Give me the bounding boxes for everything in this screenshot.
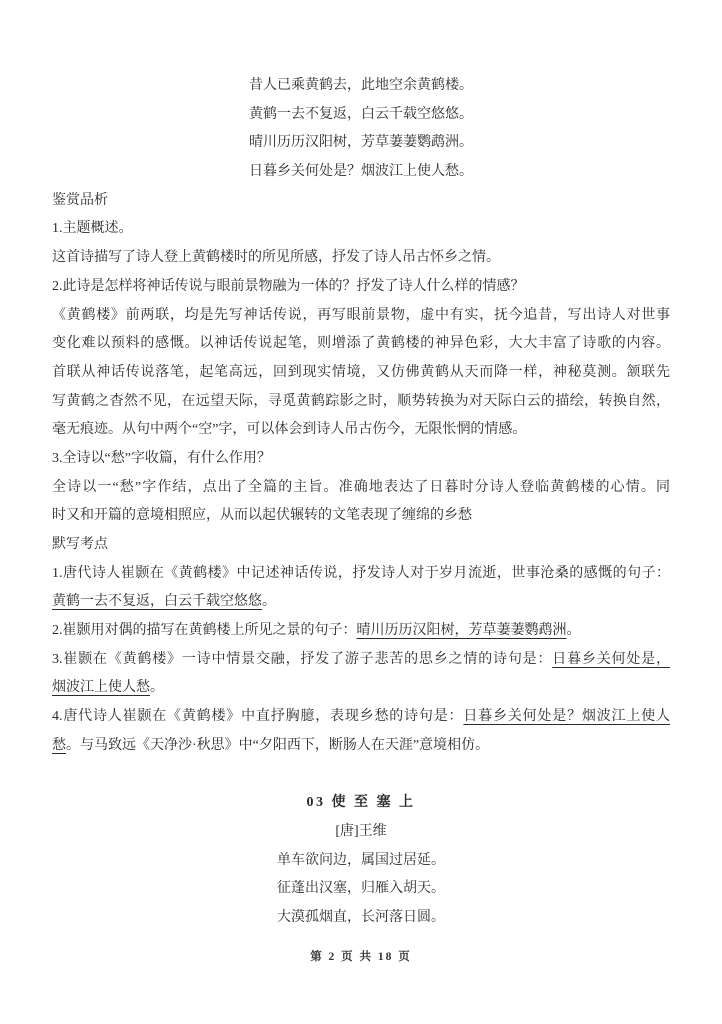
dictation-item-2-period: 。 [567, 623, 581, 638]
dictation-item-4-line-2: 愁。与马致远《天净沙·秋思》中“夕阳西下，断肠人在天涯”意境相仿。 [52, 732, 670, 761]
document-body: 昔人已乘黄鹤去，此地空余黄鹤楼。 黄鹤一去不复返，白云千载空悠悠。 晴川历历汉阳… [52, 72, 670, 933]
question-2: 2.此诗是怎样将神话传说与眼前景物融为一体的？抒发了诗人什么样的情感？ [52, 273, 670, 302]
dictation-item-3-period: 。 [150, 680, 164, 695]
document-page: 昔人已乘黄鹤去，此地空余黄鹤楼。 黄鹤一去不复返，白云千载空悠悠。 晴川历历汉阳… [0, 0, 722, 1024]
question-1: 1.主题概述。 [52, 215, 670, 244]
dictation-item-3-prompt: 3.崔颢在《黄鹤楼》一诗中情景交融，抒发了游子悲苦的思乡之情的诗句是： [52, 652, 552, 667]
dictation-item-3-line-1: 3.崔颢在《黄鹤楼》一诗中情景交融，抒发了游子悲苦的思乡之情的诗句是：日暮乡关何… [52, 646, 670, 675]
dictation-item-2: 2.崔颢用对偶的描写在黄鹤楼上所见之景的句子：晴川历历汉阳树，芳草萋萋鹦鹉洲。 [52, 617, 670, 646]
dictation-item-3-line-2: 烟波江上使人愁。 [52, 674, 670, 703]
dictation-item-1-line-1: 1.唐代诗人崔颢在《黄鹤楼》中记述神话传说，抒发诗人对于岁月流逝，世事沧桑的感慨… [52, 560, 670, 589]
answer-2-line-5: 毫无痕迹。从句中两个“空”字，可以体会到诗人吊古伤今，无限怅惘的情感。 [52, 416, 670, 445]
dictation-item-1-period: 。 [262, 594, 276, 609]
answer-3-line-1: 全诗以一“愁”字作结，点出了全篇的主旨。准确地表达了日暮时分诗人登临黄鹤楼的心情… [52, 474, 670, 503]
poem-huanghelou-line-1: 昔人已乘黄鹤去，此地空余黄鹤楼。 [52, 72, 670, 101]
poem-shizhisaishang-line-1: 单车欲问边，属国过居延。 [52, 847, 670, 876]
dictation-heading: 默写考点 [52, 531, 670, 560]
dictation-item-1-line-2: 黄鹤一去不复返，白云千载空悠悠。 [52, 588, 670, 617]
dictation-item-4-line-1: 4.唐代诗人崔颢在《黄鹤楼》中直抒胸臆，表现乡愁的诗句是：日暮乡关何处是？烟波江… [52, 703, 670, 732]
dictation-item-3-answer-part-2: 烟波江上使人愁 [52, 680, 150, 695]
answer-3-line-2: 时又和开篇的意境相照应，从而以起伏辗转的文笔表现了缠绵的乡愁 [52, 502, 670, 531]
appreciation-heading: 鉴赏品析 [52, 187, 670, 216]
dictation-item-1-answer: 黄鹤一去不复返，白云千载空悠悠 [52, 594, 262, 609]
poem-shizhisaishang-line-2: 征蓬出汉塞，归雁入胡天。 [52, 875, 670, 904]
poem-shizhisaishang-line-3: 大漠孤烟直，长河落日圆。 [52, 904, 670, 933]
answer-2-line-3: 首联从神话传说落笔，起笔高远，回到现实情境，又仿佛黄鹤从天而降一样，神秘莫测。颔… [52, 359, 670, 388]
poem-shizhisaishang-title: 03 使 至 塞 上 [52, 789, 670, 818]
poem-huanghelou-line-4: 日暮乡关何处是？烟波江上使人愁。 [52, 158, 670, 187]
blank-line [52, 761, 670, 790]
answer-1: 这首诗描写了诗人登上黄鹤楼时的所见所感，抒发了诗人吊古怀乡之情。 [52, 244, 670, 273]
dictation-item-4-answer-part-2: 愁 [52, 738, 66, 753]
dictation-item-2-answer: 晴川历历汉阳树，芳草萋萋鹦鹉洲 [357, 623, 567, 638]
answer-2-line-4: 写黄鹤之杳然不见，在远望天际，寻觅黄鹤踪影之时，顺势转换为对天际白云的描绘，转换… [52, 388, 670, 417]
dictation-item-4-prompt: 4.唐代诗人崔颢在《黄鹤楼》中直抒胸臆，表现乡愁的诗句是： [52, 709, 463, 724]
poem-huanghelou-line-3: 晴川历历汉阳树，芳草萋萋鹦鹉洲。 [52, 129, 670, 158]
dictation-item-3-answer-part-1: 日暮乡关何处是， [552, 652, 670, 667]
dictation-item-4-answer-part-1: 日暮乡关何处是？烟波江上使人 [463, 709, 670, 724]
dictation-item-4-comparison: 。与马致远《天净沙·秋思》中“夕阳西下，断肠人在天涯”意境相仿。 [66, 738, 489, 753]
answer-2-line-2: 变化难以预料的感慨。以神话传说起笔，则增添了黄鹤楼的神异色彩，大大丰富了诗歌的内… [52, 330, 670, 359]
poem-huanghelou-line-2: 黄鹤一去不复返，白云千载空悠悠。 [52, 101, 670, 130]
answer-2-line-1: 《黄鹤楼》前两联，均是先写神话传说，再写眼前景物，虚中有实，抚今追昔，写出诗人对… [52, 302, 670, 331]
question-3: 3.全诗以“愁”字收篇，有什么作用？ [52, 445, 670, 474]
page-number-footer: 第 2 页 共 18 页 [0, 948, 722, 964]
poem-shizhisaishang-author: [唐]王维 [52, 818, 670, 847]
dictation-item-2-prompt: 2.崔颢用对偶的描写在黄鹤楼上所见之景的句子： [52, 623, 357, 638]
